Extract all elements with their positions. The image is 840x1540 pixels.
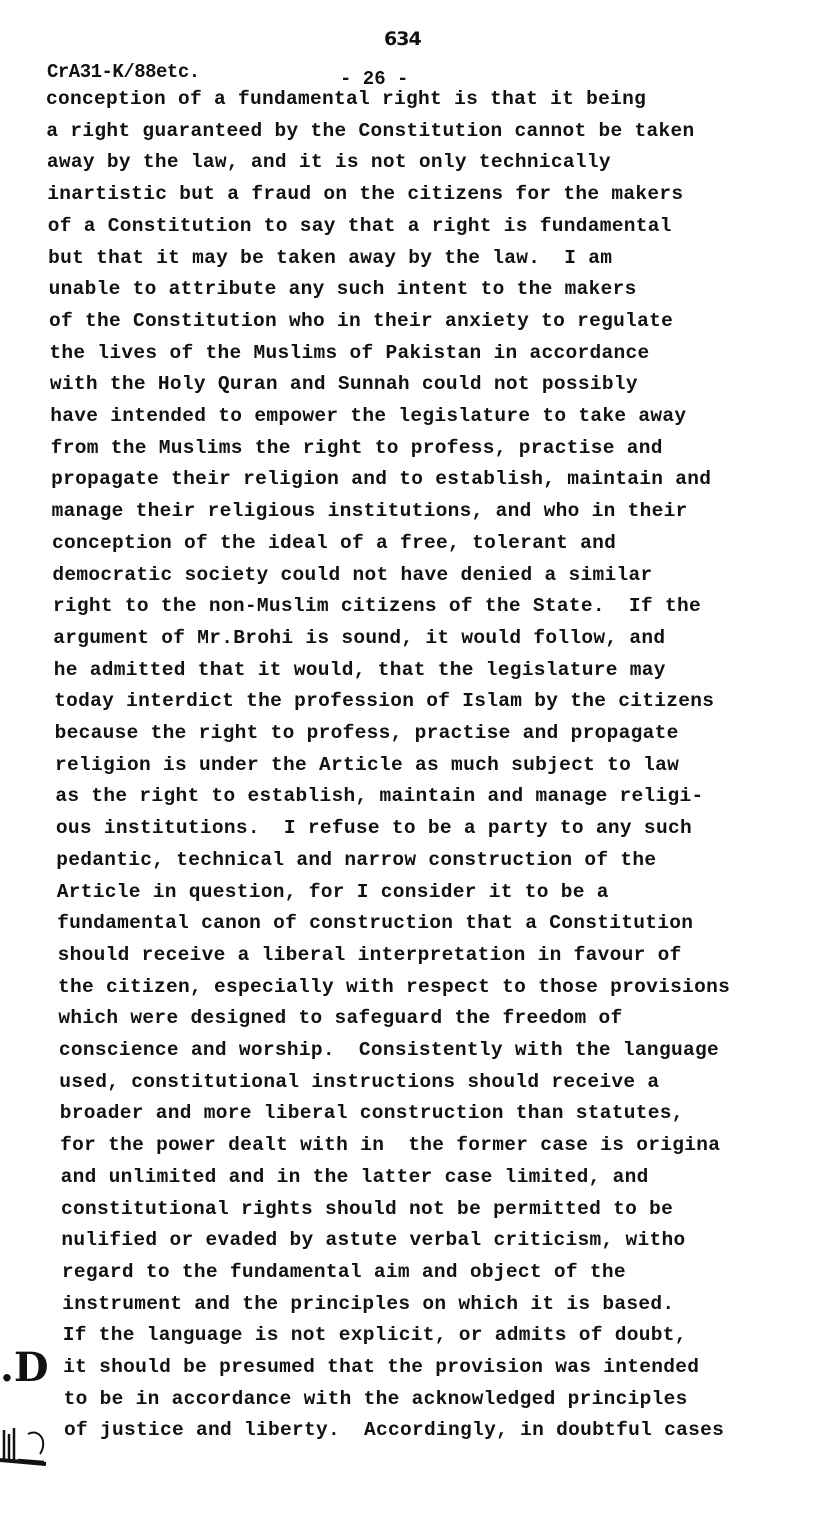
page-number: 634 — [384, 28, 421, 50]
text-line: Article in question, for I consider it t… — [57, 880, 609, 904]
text-line: with the Holy Quran and Sunnah could not… — [50, 372, 638, 396]
text-line: to be in accordance with the acknowledge… — [64, 1387, 688, 1411]
text-line: broader and more liberal construction th… — [60, 1101, 684, 1125]
text-line: and unlimited and in the latter case lim… — [61, 1165, 649, 1189]
text-line: instrument and the principles on which i… — [62, 1292, 674, 1316]
text-line: conscience and worship. Consistently wit… — [59, 1038, 719, 1062]
text-line: regard to the fundamental aim and object… — [62, 1260, 626, 1284]
text-line: inartistic but a fraud on the citizens f… — [47, 182, 683, 206]
text-line: democratic society could not have denied… — [52, 563, 652, 587]
text-line: used, constitutional instructions should… — [59, 1070, 659, 1094]
text-line: nulified or evaded by astute verbal crit… — [61, 1228, 685, 1252]
text-line: of justice and liberty. Accordingly, in … — [64, 1418, 724, 1442]
text-line: propagate their religion and to establis… — [51, 467, 711, 491]
text-line: argument of Mr.Brohi is sound, it would … — [53, 626, 665, 650]
text-line: the lives of the Muslims of Pakistan in … — [49, 341, 649, 365]
text-line: religion is under the Article as much su… — [55, 753, 679, 777]
text-line: away by the law, and it is not only tech… — [47, 150, 611, 174]
text-line: conception of the ideal of a free, toler… — [52, 531, 616, 555]
text-line: it should be presumed that the provision… — [63, 1355, 699, 1379]
text-line: today interdict the profession of Islam … — [54, 689, 714, 713]
text-line: a right guaranteed by the Constitution c… — [46, 119, 694, 143]
text-line: conception of a fundamental right is tha… — [46, 87, 646, 111]
text-line: constitutional rights should not be perm… — [61, 1197, 673, 1221]
text-line: pedantic, technical and narrow construct… — [56, 848, 656, 872]
text-line: he admitted that it would, that the legi… — [54, 658, 666, 682]
text-line: If the language is not explicit, or admi… — [63, 1323, 687, 1347]
margin-stamp: .D — [0, 1348, 49, 1388]
text-line: the citizen, especially with respect to … — [58, 975, 730, 999]
text-line: right to the non-Muslim citizens of the … — [53, 594, 701, 618]
text-line: because the right to profess, practise a… — [55, 721, 679, 745]
case-reference: CrA31-K/88etc. — [47, 61, 200, 83]
text-line: from the Muslims the right to profess, p… — [51, 436, 663, 460]
text-line: ous institutions. I refuse to be a party… — [56, 816, 692, 840]
text-line: but that it may be taken away by the law… — [48, 246, 612, 270]
text-line: fundamental canon of construction that a… — [57, 911, 693, 935]
text-line: which were designed to safeguard the fre… — [58, 1006, 622, 1030]
text-line: unable to attribute any such intent to t… — [49, 277, 637, 301]
signature-icon — [0, 1420, 50, 1468]
text-line: have intended to empower the legislature… — [50, 404, 686, 428]
text-line: as the right to establish, maintain and … — [55, 784, 703, 808]
text-line: of the Constitution who in their anxiety… — [49, 309, 673, 333]
text-line: manage their religious institutions, and… — [52, 499, 688, 523]
text-line: of a Constitution to say that a right is… — [48, 214, 672, 238]
text-line: for the power dealt with in the former c… — [60, 1133, 720, 1157]
text-line: should receive a liberal interpretation … — [58, 943, 682, 967]
